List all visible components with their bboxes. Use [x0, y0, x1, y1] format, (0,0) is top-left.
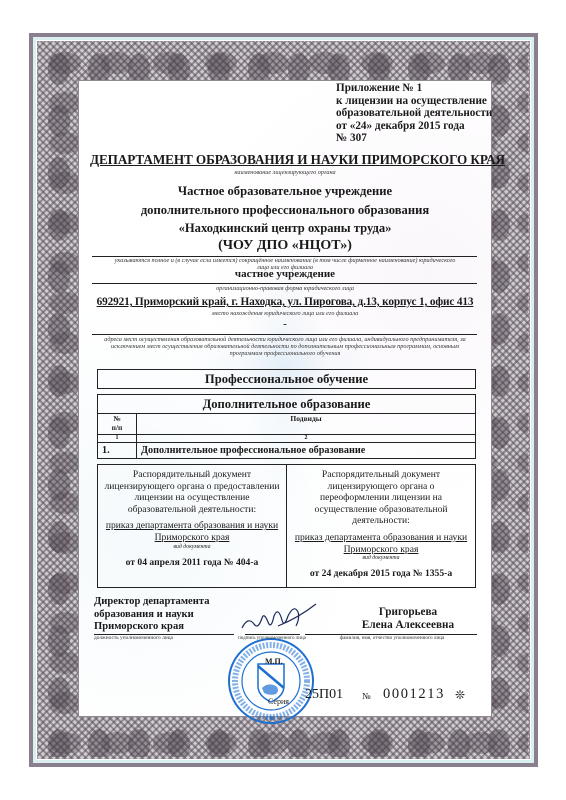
- divider: [92, 283, 477, 284]
- license-number: № 307: [336, 132, 526, 145]
- appendix-date: от «24» декабря 2015 года: [336, 120, 526, 133]
- license-appendix: Приложение № 1 к лицензии на осуществлен…: [0, 0, 566, 800]
- organization-address: 692921, Приморский край, г. Находка, ул.…: [90, 296, 480, 308]
- series-label: Серия: [268, 697, 289, 706]
- official-seal-icon: [226, 636, 316, 726]
- professional-training-box: Профессиональное обучение: [97, 369, 476, 389]
- table-row: 1. Дополнительное профессиональное образ…: [98, 443, 476, 459]
- activity-addresses: -: [90, 318, 480, 330]
- address-caption: место нахождения юридического лица или е…: [90, 310, 480, 317]
- activity-addresses-caption: адреса мест осуществления образовательно…: [100, 336, 470, 358]
- reissue-document: Распорядительный документ лицензирующего…: [286, 465, 475, 587]
- licensing-body-caption: наименование лицензирующего органа: [90, 169, 480, 176]
- administrative-documents: Распорядительный документ лицензирующего…: [97, 464, 476, 588]
- column-header-subtypes: Подвиды: [137, 414, 476, 435]
- signatory-position: Директор департамента образования и наук…: [94, 596, 244, 634]
- signature-icon: [238, 598, 318, 638]
- organization-short-name: (ЧОУ ДПО «НЦОТ»): [90, 238, 480, 254]
- column-header-number: № п/п: [98, 414, 137, 435]
- appendix-header: Приложение № 1 к лицензии на осуществлен…: [336, 82, 526, 145]
- form-number: 0001213: [383, 686, 445, 703]
- appendix-title: Приложение № 1: [336, 82, 526, 95]
- star-mark-icon: ❊: [455, 688, 465, 703]
- position-caption: должность уполномоченного лица: [94, 635, 173, 641]
- divider: [92, 334, 477, 335]
- name-caption: фамилия, имя, отчество уполномоченного л…: [302, 635, 482, 641]
- organization-full-name: Частное образовательное учреждение допол…: [90, 182, 480, 238]
- table-title: Дополнительное образование: [98, 395, 476, 414]
- form-series: 25П01: [305, 687, 343, 703]
- stamp-label: М.П.: [265, 657, 283, 666]
- legal-form-caption: организационно-правовая форма юридическо…: [90, 285, 480, 292]
- divider: [245, 634, 300, 635]
- signature-caption: подпись уполномоченного лица: [232, 636, 312, 642]
- number-sign: №: [362, 691, 371, 701]
- signatory-name: Григорьева Елена Алексеевна: [338, 606, 478, 632]
- legal-form: частное учреждение: [90, 268, 480, 280]
- additional-education-table: Дополнительное образование № п/п Подвиды…: [97, 394, 476, 459]
- licensing-body-name: ДЕПАРТАМЕНТ ОБРАЗОВАНИЯ И НАУКИ ПРИМОРСК…: [90, 152, 480, 168]
- grant-document: Распорядительный документ лицензирующего…: [98, 465, 286, 587]
